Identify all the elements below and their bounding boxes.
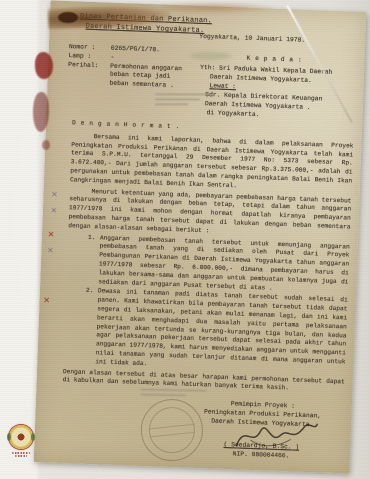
margin-mark [51, 191, 57, 197]
dateline: Yogyakarta, 10 Januari 1978. [199, 33, 305, 44]
nomor-value: 0265/PG/I/78. [111, 45, 160, 56]
archive-emblem-icon [8, 424, 34, 450]
perihal-value: Permohonan anggaran beban tetap jadi beb… [109, 62, 182, 91]
signature-block: Pemimpin Proyek : Peningkatan Produksi P… [182, 398, 342, 463]
paragraph-2: Menurut ketentuan yang ada, pembayaran p… [68, 187, 351, 241]
list-item: 2. Dewasa ini tanaman padi diatas tanah … [83, 287, 348, 376]
list-item: 1. Anggaran pembebasan tanah tersebut un… [86, 233, 350, 295]
stain-green-smudge [190, 52, 232, 60]
signature-mark [230, 417, 321, 454]
scan-background: Dinas Pertanian dan Perikanan. Daerah Is… [0, 0, 370, 479]
list-item-text: Dewasa ini tanaman padi diatas tanah ter… [95, 288, 348, 376]
stain-red-seal-3 [42, 140, 50, 150]
margin-mark [47, 246, 53, 252]
pencil-note [140, 388, 206, 396]
paragraph-1: Bersama ini kami laporkan, bahwa di dala… [70, 132, 354, 195]
recipient-block: K e p a d a : Yth: Sri Paduka Wakil Kepa… [192, 52, 333, 122]
lamp-value: - [110, 53, 114, 62]
perihal-line: beban sementara . [109, 80, 181, 91]
stain-tape-right [162, 1, 274, 14]
margin-mark [48, 230, 54, 236]
pencil-note [155, 93, 215, 105]
letter-paper: Dinas Pertanian dan Perikanan. Daerah Is… [34, 0, 367, 473]
reason-list: 1. Anggaran pembebasan tanah tersebut un… [83, 233, 350, 375]
margin-mark [44, 296, 50, 302]
archive-emblem-caption [10, 452, 32, 458]
stain-red-seal-1 [35, 52, 53, 79]
stain-dark-spot [58, 12, 78, 23]
perihal-row: Perihal: Permohonan anggaran beban tetap… [67, 61, 182, 92]
perihal-label: Perihal: [67, 61, 110, 89]
letter-meta: Nomor : 0265/PG/I/78. Lamp : - Perihal: … [67, 43, 182, 91]
letter-body: D e n g a n H o r m a t . Bersama ini ka… [62, 119, 354, 395]
list-item-text: Anggaran pembebasan tanah tersebut untuk… [98, 234, 350, 296]
margin-mark [51, 207, 57, 213]
